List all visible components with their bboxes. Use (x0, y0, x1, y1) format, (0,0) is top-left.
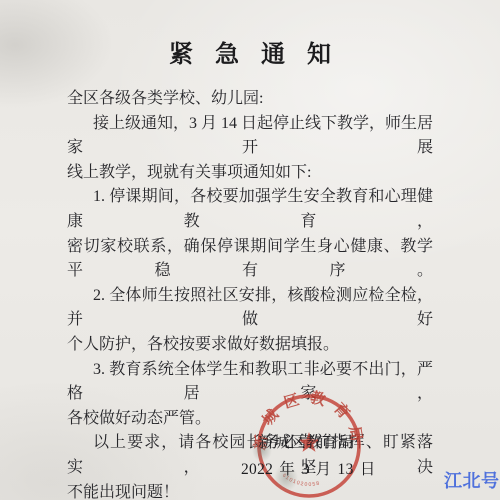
body-line: 线上教学，现就有关事项通知如下: (67, 161, 433, 186)
page-title: 紧急通知 (0, 34, 500, 69)
body-line: 接上级通知，3 月 14 日起停止线下教学，师生居家开展 (67, 112, 433, 161)
body-line: 个人防护，各校按要求做好数据填报。 (67, 333, 433, 358)
body-line: 2. 全体师生按照社区安排，核酸检测应检全检，并做好 (67, 284, 433, 333)
notice-page: 紧急通知 全区各级各类学校、幼儿园:接上级通知，3 月 14 日起停止线下教学，… (0, 0, 500, 500)
watermark-label: 江北号 (444, 467, 500, 493)
body-line: 全区各级各类学校、幼儿园: (67, 87, 433, 112)
body-line: 1. 停课期间，各校要加强学生安全教育和心理健康教育， (67, 185, 433, 234)
signature-date: 2022 年 3 月 13 日 (241, 457, 376, 479)
body-line: 密切家校联系，确保停课期间学生身心健康、教学平稳有序。 (67, 235, 433, 284)
signature-organization: 新城区教育局 (258, 430, 354, 452)
